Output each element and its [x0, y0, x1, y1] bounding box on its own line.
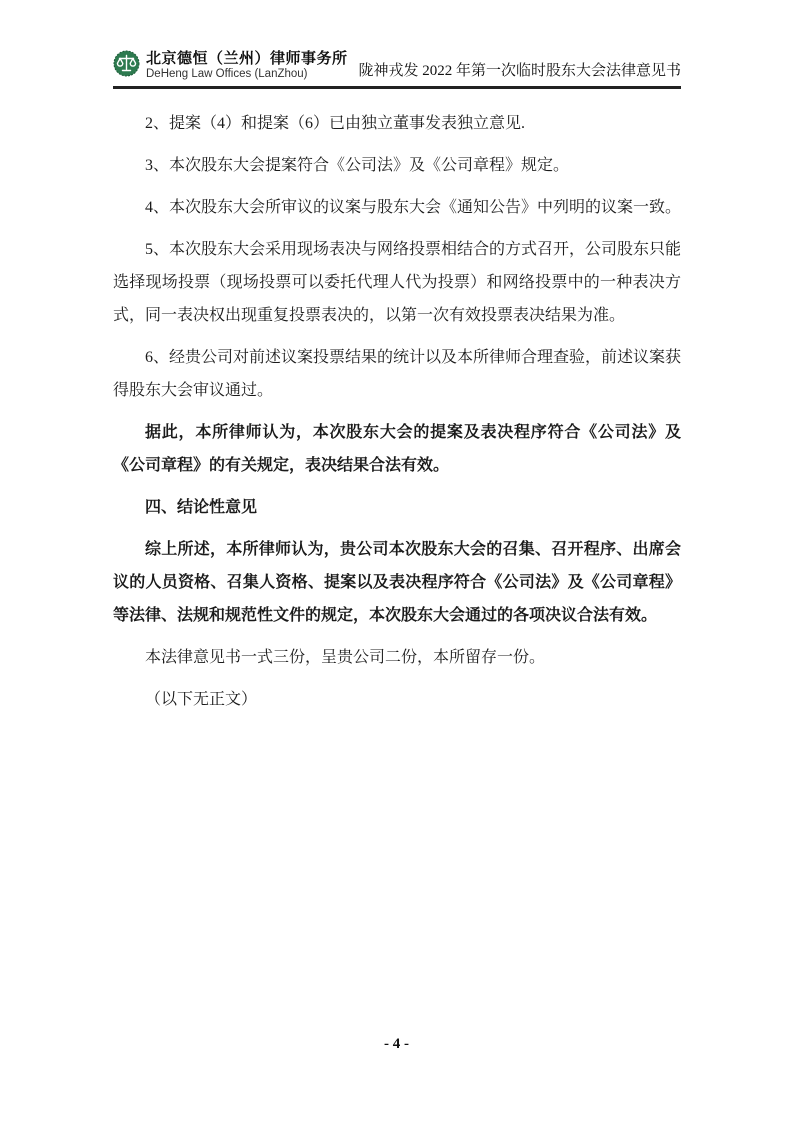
firm-name-chinese: 北京德恒（兰州）律师事务所	[146, 50, 348, 67]
page-header: 北京德恒（兰州）律师事务所 DeHeng Law Offices (LanZho…	[113, 50, 681, 89]
paragraph-item-3: 3、本次股东大会提案符合《公司法》及《公司章程》规定。	[113, 149, 681, 182]
document-body: 2、提案（4）和提案（6）已由独立董事发表独立意见. 3、本次股东大会提案符合《…	[113, 107, 681, 725]
final-opinion-paragraph: 综上所述，本所律师认为，贵公司本次股东大会的召集、召开程序、出席会议的人员资格、…	[113, 533, 681, 632]
section-heading-conclusive-opinion: 四、结论性意见	[113, 491, 681, 524]
page-number: - 4 -	[384, 1036, 409, 1052]
paragraph-item-6: 6、经贵公司对前述议案投票结果的统计以及本所律师合理查验，前述议案获得股东大会审…	[113, 341, 681, 407]
page-footer: - 4 -	[0, 1036, 793, 1053]
paragraph-item-4: 4、本次股东大会所审议的议案与股东大会《通知公告》中列明的议案一致。	[113, 191, 681, 224]
firm-name-english: DeHeng Law Offices (LanZhou)	[146, 68, 348, 81]
paragraph-item-5: 5、本次股东大会采用现场表决与网络投票相结合的方式召开，公司股东只能选择现场投票…	[113, 233, 681, 332]
copies-statement-paragraph: 本法律意见书一式三份，呈贵公司二份，本所留存一份。	[113, 641, 681, 674]
firm-identity: 北京德恒（兰州）律师事务所 DeHeng Law Offices (LanZho…	[113, 50, 348, 81]
lawyer-conclusion-paragraph: 据此，本所律师认为，本次股东大会的提案及表决程序符合《公司法》及《公司章程》的有…	[113, 416, 681, 482]
paragraph-item-2: 2、提案（4）和提案（6）已由独立董事发表独立意见.	[113, 107, 681, 140]
document-page: 北京德恒（兰州）律师事务所 DeHeng Law Offices (LanZho…	[0, 0, 793, 1122]
no-more-text-note: （以下无正文）	[113, 683, 681, 716]
document-title: 陇神戎发 2022 年第一次临时股东大会法律意见书	[358, 59, 681, 81]
firm-names: 北京德恒（兰州）律师事务所 DeHeng Law Offices (LanZho…	[146, 50, 348, 81]
law-firm-logo-icon	[113, 50, 140, 77]
